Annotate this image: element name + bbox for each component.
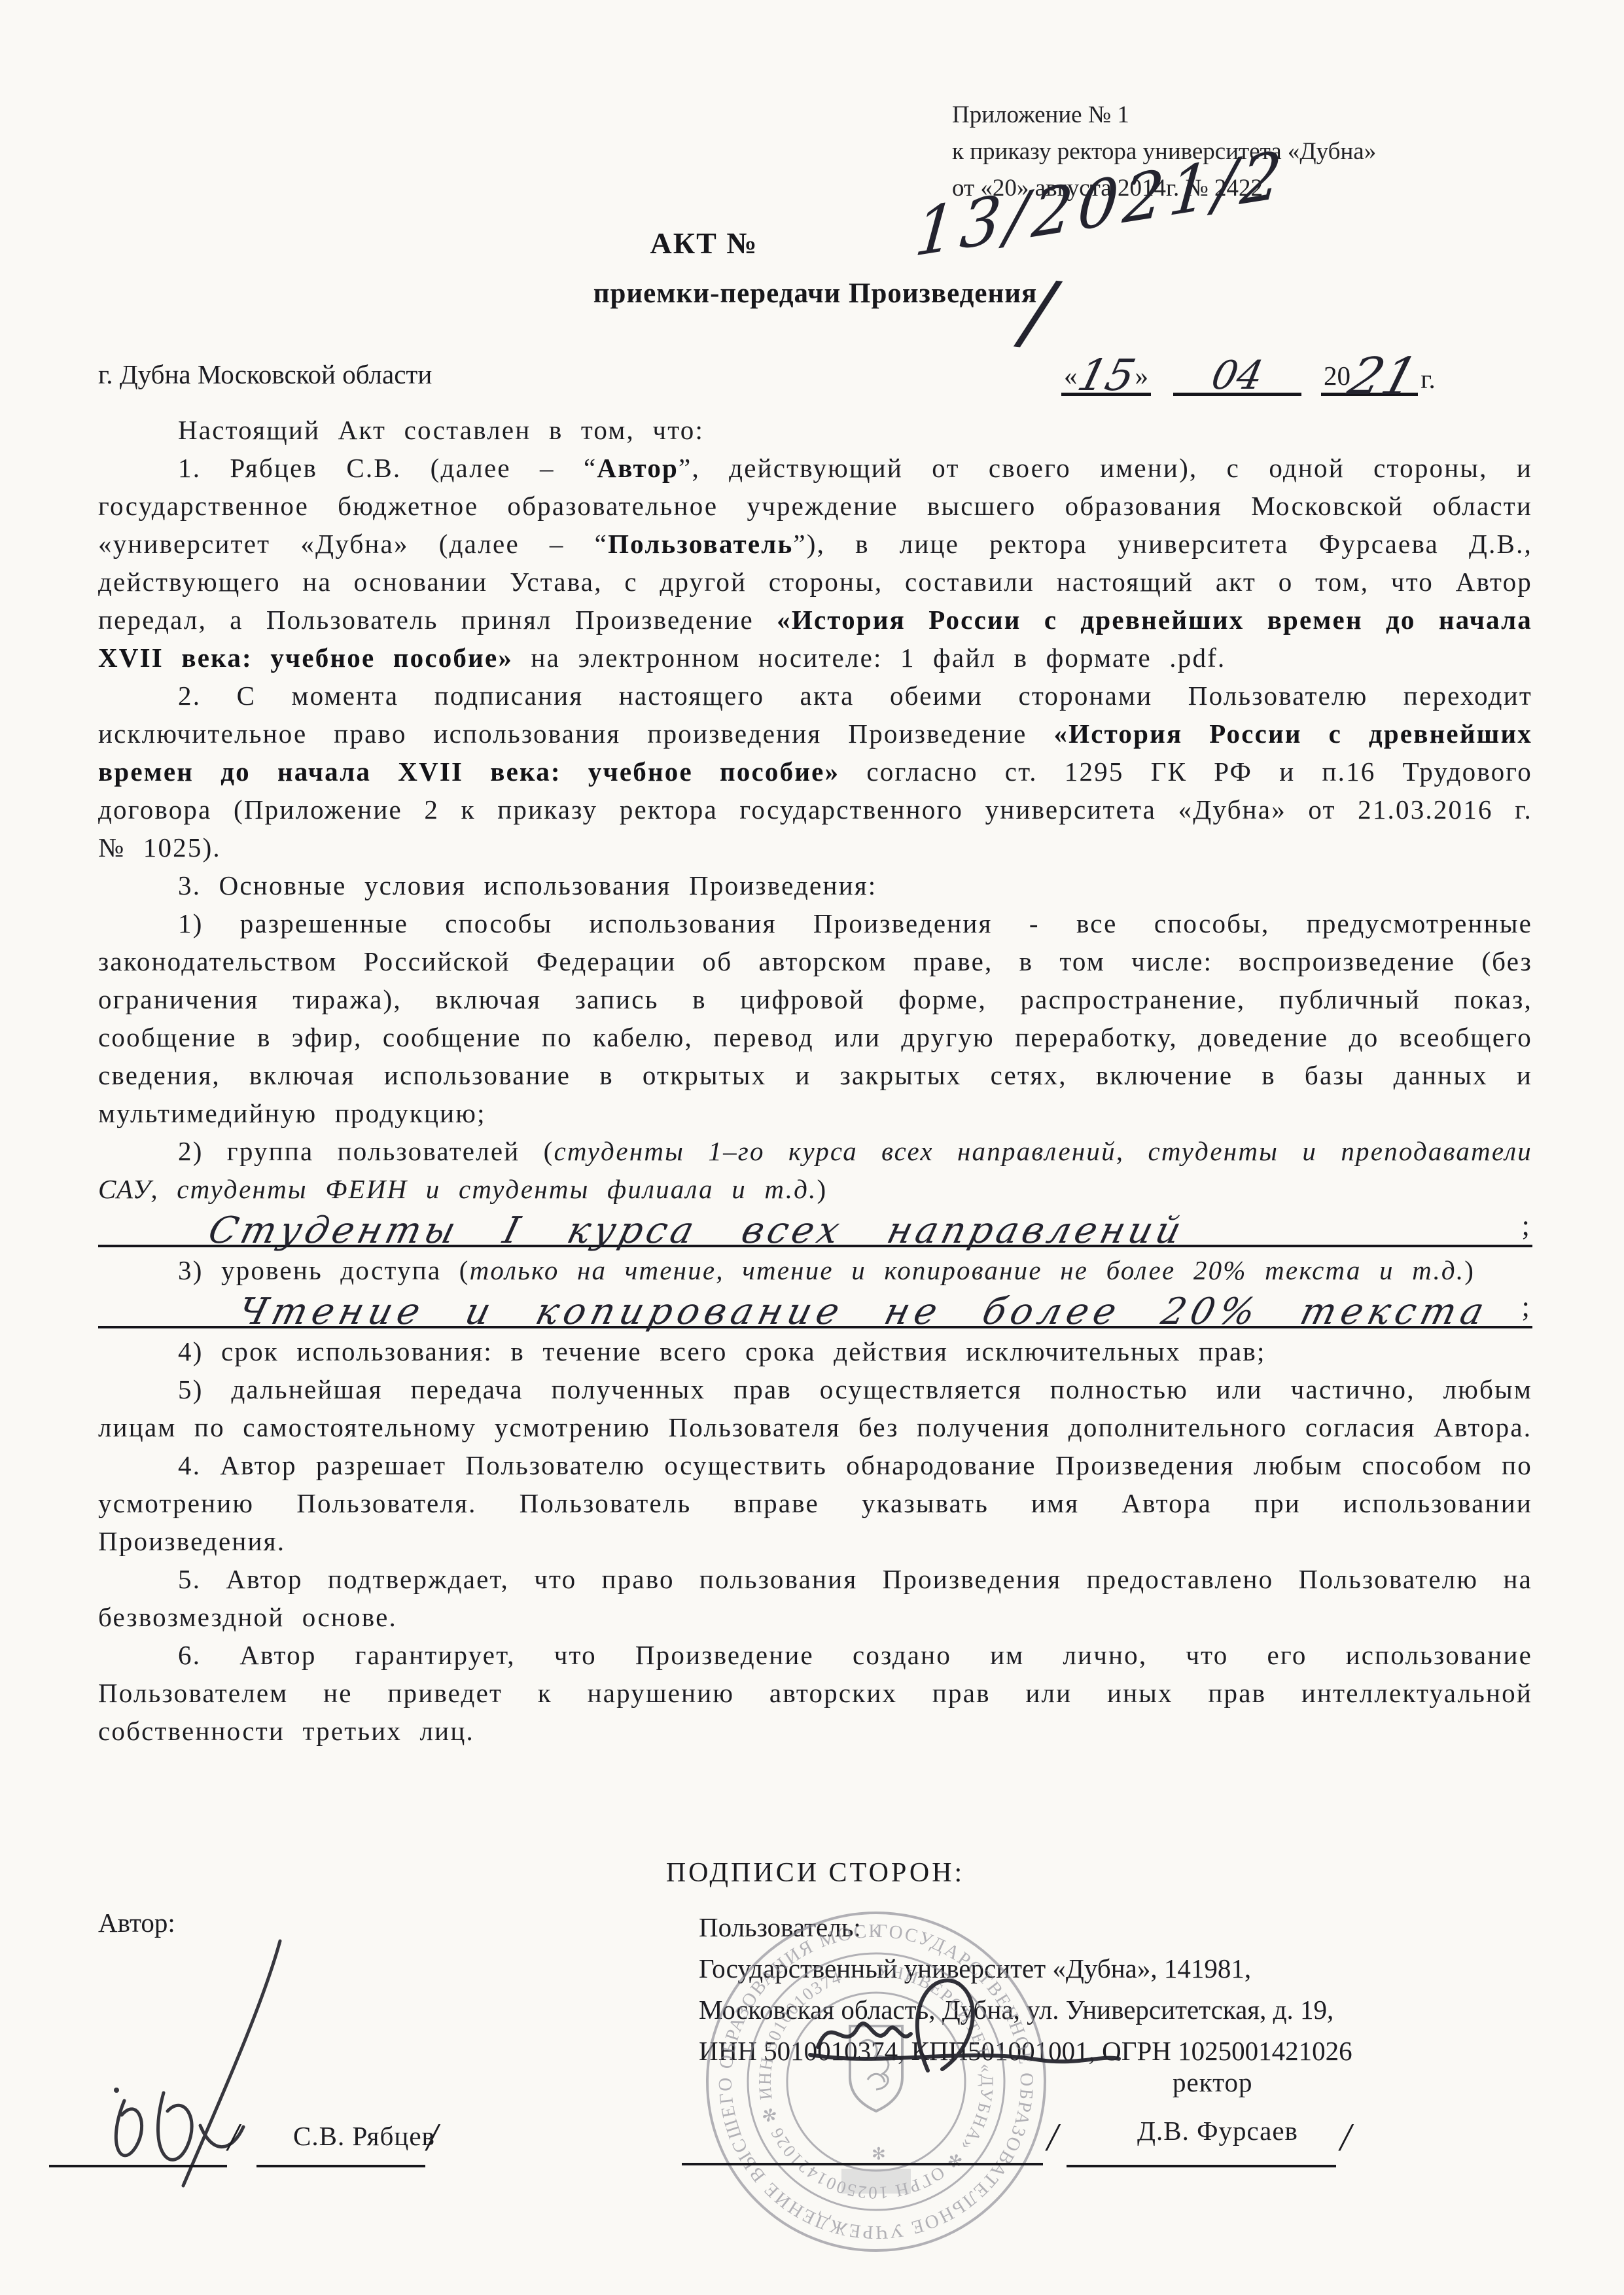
rector-name-line xyxy=(1067,2165,1336,2167)
rector-name: Д.В. Фурсаев xyxy=(1137,2115,1298,2146)
year-suffix: г. xyxy=(1421,362,1435,396)
handwritten-access-level: Чтение и копирование не более 20% текста xyxy=(234,1293,1493,1331)
i3-italic: только на чтение, чтение и копирование н… xyxy=(470,1255,1465,1285)
p1-text: 1. Рябцев С.В. (далее – “ xyxy=(178,453,597,483)
year-prefix: 20 xyxy=(1324,359,1350,393)
slash-mark: / xyxy=(228,2115,239,2160)
slash-mark: / xyxy=(1047,2115,1058,2160)
date-year-segment: 20 21 xyxy=(1321,356,1418,396)
handwritten-month: 04 xyxy=(1209,357,1266,394)
rector-signature-line xyxy=(682,2163,1043,2165)
document-body: Настоящий Акт составлен в том, что: 1. Р… xyxy=(98,411,1532,1750)
quote-close: » xyxy=(1135,359,1148,393)
slash-mark: / xyxy=(1340,2115,1351,2160)
rector-signature xyxy=(800,1963,1127,2088)
stamp-star: ✻ xyxy=(872,2144,886,2163)
line-end-semicolon: ; xyxy=(1522,1288,1531,1326)
line-end-semicolon: ; xyxy=(1522,1207,1531,1245)
paragraph-6: 6. Автор гарантирует, что Произведение с… xyxy=(98,1636,1532,1750)
intro-paragraph: Настоящий Акт составлен в том, что: xyxy=(98,411,1532,449)
signatures-heading: ПОДПИСИ СТОРОН: xyxy=(98,1857,1532,1889)
i2-text: 2) группа пользователей ( xyxy=(178,1136,554,1166)
handwritten-fill-line-2: Чтение и копирование не более 20% текста… xyxy=(98,1289,1532,1328)
place-label: г. Дубна Московской области xyxy=(98,359,432,390)
rector-title: ректор xyxy=(1173,2067,1252,2098)
condition-item-5: 5) дальнейшая передача полученных прав о… xyxy=(98,1370,1532,1446)
condition-item-1: 1) разрешенные способы использования Про… xyxy=(98,904,1532,1132)
paragraph-1: 1. Рябцев С.В. (далее – “Автор”, действу… xyxy=(98,449,1532,677)
p1-bold-author: Автор xyxy=(597,453,679,483)
i3-text: 3) уровень доступа ( xyxy=(178,1255,470,1285)
annex-line-1: Приложение № 1 xyxy=(952,97,1574,133)
condition-item-3: 3) уровень доступа (только на чтение, чт… xyxy=(98,1251,1532,1289)
paragraph-2: 2. С момента подписания настоящего акта … xyxy=(98,677,1532,866)
p1-bold-user: Пользователь xyxy=(608,529,793,559)
condition-item-4: 4) срок использования: в течение всего с… xyxy=(98,1332,1532,1370)
p1-text: на электронном носителе: 1 файл в формат… xyxy=(513,643,1226,673)
date-fill-in: « 15 » 04 20 21 г. xyxy=(1061,308,1436,396)
author-signature xyxy=(84,1929,313,2197)
handwritten-day: 15 xyxy=(1074,356,1139,395)
act-subtitle: приемки-передачи Произведения xyxy=(98,277,1532,310)
handwritten-user-group: Студенты I курса всех направлений xyxy=(205,1212,1189,1250)
stamp-bottom-mark xyxy=(841,2169,911,2194)
author-name: С.В. Рябцев xyxy=(293,2120,435,2152)
scanned-act-document: Приложение № 1 к приказу ректора универс… xyxy=(0,0,1624,2295)
i3-text: ) xyxy=(1464,1255,1475,1285)
document-title: АКТ № приемки-передачи Произведения xyxy=(98,226,1532,310)
handwritten-fill-line-1: Студенты I курса всех направлений ; xyxy=(98,1208,1532,1247)
handwritten-year: 21 xyxy=(1345,356,1422,398)
date-month-segment: 04 xyxy=(1173,357,1301,396)
paragraph-3-heading: 3. Основные условия использования Произв… xyxy=(98,866,1532,904)
author-name-line xyxy=(256,2165,425,2167)
paragraph-5: 5. Автор подтверждает, что право пользов… xyxy=(98,1560,1532,1636)
date-day-segment: « 15 » xyxy=(1061,356,1151,396)
act-label: АКТ № xyxy=(0,226,1421,260)
paragraph-4: 4. Автор разрешает Пользователю осуществ… xyxy=(98,1446,1532,1560)
i2-text: ) xyxy=(817,1174,828,1204)
author-signature-line xyxy=(49,2165,227,2167)
condition-item-2: 2) группа пользователей (студенты 1–го к… xyxy=(98,1132,1532,1208)
slash-mark: / xyxy=(427,2115,438,2160)
